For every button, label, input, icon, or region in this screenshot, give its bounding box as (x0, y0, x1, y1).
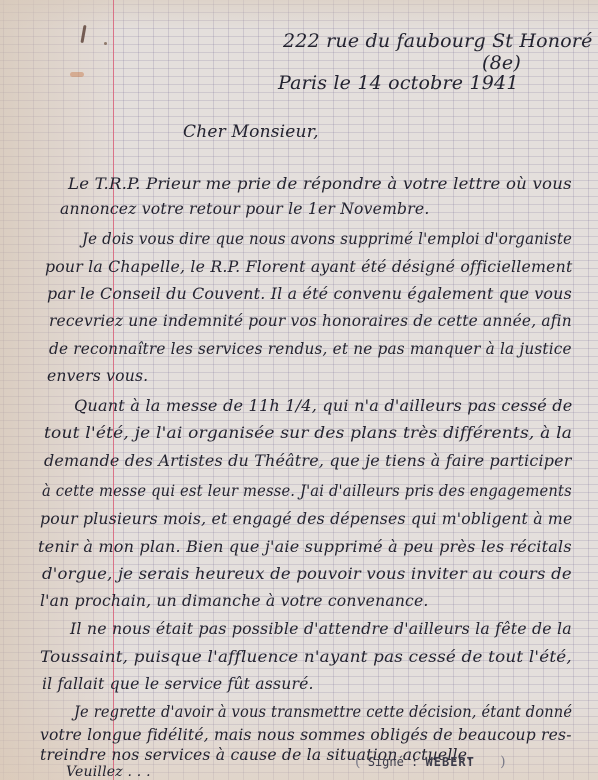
body-line-15: d'orgue, je serais heureux de pouvoir vo… (42, 565, 572, 583)
body-line-14: tenir à mon plan. Bien que j'aie supprim… (38, 538, 572, 556)
body-line-12: à cette messe qui est leur messe. J'ai d… (42, 482, 572, 500)
signature-block: ( Signé : WEBERT ) (355, 754, 506, 770)
body-line-16: l'an prochain, un dimanche à votre conve… (40, 592, 429, 610)
body-line-19: il fallait que le service fût assuré. (42, 675, 314, 693)
body-line-10: tout l'été, je l'ai organisée sur des pl… (44, 424, 572, 442)
body-line-1: Le T.R.P. Prieur me prie de répondre à v… (68, 175, 572, 193)
date-line: Paris le 14 octobre 1941 (278, 72, 519, 94)
address-line-1: 222 rue du faubourg St Honoré (283, 30, 593, 52)
paper-stain-top (0, 0, 598, 30)
ink-blot (80, 25, 86, 43)
body-line-5: par le Conseil du Couvent. Il a été conv… (47, 285, 572, 303)
letter-page: 222 rue du faubourg St Honoré (8e) Paris… (0, 0, 598, 780)
paren-close: ) (500, 754, 505, 770)
body-line-7: de reconnaître les services rendus, et n… (49, 340, 572, 358)
body-line-20: Je regrette d'avoir à vous transmettre c… (74, 703, 572, 721)
body-line-9: Quant à la messe de 11h 1/4, qui n'a d'a… (74, 397, 572, 415)
body-line-8: envers vous. (47, 367, 148, 385)
body-line-2: annoncez votre retour pour le 1er Novemb… (60, 200, 429, 218)
ink-speck (104, 42, 107, 45)
body-line-6: recevriez une indemnité pour vos honorai… (49, 312, 572, 330)
body-line-3: Je dois vous dire que nous avons supprim… (82, 230, 572, 248)
body-line-21: votre longue fidélité, mais nous sommes … (40, 726, 572, 744)
body-line-17: Il ne nous était pas possible d'attendre… (70, 620, 572, 638)
body-line-18: Toussaint, puisque l'affluence n'ayant p… (40, 648, 572, 666)
body-line-11: demande des Artistes du Théâtre, que je … (44, 452, 572, 470)
signature-label: Signé : (368, 755, 419, 769)
signature-name: WEBERT (426, 755, 475, 769)
body-line-23: Veuillez . . . (66, 764, 151, 780)
rust-spot (70, 72, 84, 77)
body-line-13: pour plusieurs mois, et engagé des dépen… (40, 510, 572, 528)
salutation: Cher Monsieur, (183, 122, 319, 142)
body-line-4: pour la Chapelle, le R.P. Florent ayant … (45, 258, 572, 276)
address-line-2: (8e) (482, 52, 521, 74)
paren-open: ( (355, 754, 360, 770)
